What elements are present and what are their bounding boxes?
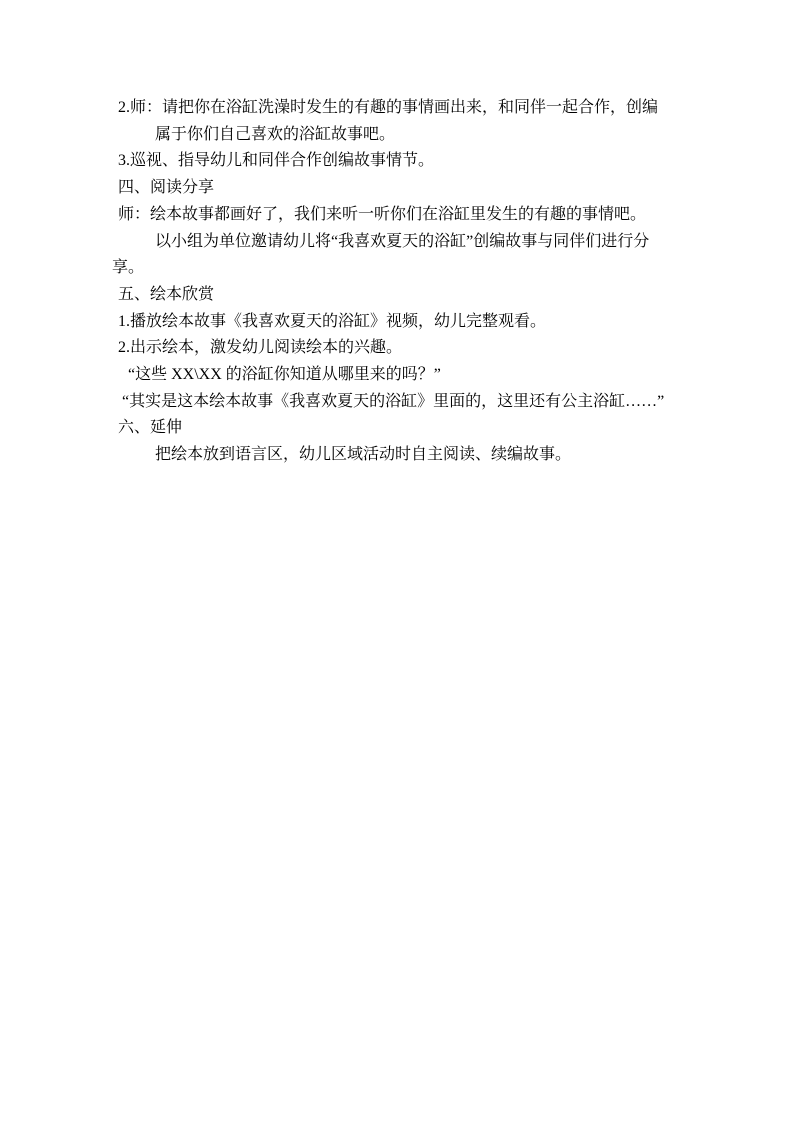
list-item-3-patrol-guide: 3.巡视、指导幼儿和同伴合作创编故事情节。: [112, 148, 702, 175]
section-heading-4-reading-share: 四、阅读分享: [112, 175, 702, 202]
paragraph-group-share-wrap: 享。: [112, 255, 702, 282]
section-heading-6-extension: 六、延伸: [112, 415, 702, 442]
list-item-1-play-video: 1.播放绘本故事《我喜欢夏天的浴缸》视频，幼儿完整观看。: [112, 309, 702, 336]
list-item-2-show-picturebook: 2.出示绘本，激发幼儿阅读绘本的兴趣。: [112, 335, 702, 362]
document-body: 2.师：请把你在浴缸洗澡时发生的有趣的事情画出来，和同伴一起合作，创编 属于你们…: [112, 95, 702, 469]
paragraph-extension-activity: 把绘本放到语言区，幼儿区域活动时自主阅读、续编故事。: [112, 442, 702, 469]
paragraph-group-share: 以小组为单位邀请幼儿将“我喜欢夏天的浴缸”创编故事与同伴们进行分: [112, 229, 702, 256]
list-item-2-teacher-prompt: 2.师：请把你在浴缸洗澡时发生的有趣的事情画出来，和同伴一起合作，创编: [112, 95, 702, 122]
section-heading-5-picturebook-appreciation: 五、绘本欣赏: [112, 282, 702, 309]
teacher-line-story-finished: 师：绘本故事都画好了，我们来听一听你们在浴缸里发生的有趣的事情吧。: [112, 202, 702, 229]
list-item-2-wrap-line: 属于你们自己喜欢的浴缸故事吧。: [112, 122, 702, 149]
quote-line-bathtub-answer: “其实是这本绘本故事《我喜欢夏天的浴缸》里面的，这里还有公主浴缸……”: [112, 389, 702, 416]
document-page: 2.师：请把你在浴缸洗澡时发生的有趣的事情画出来，和同伴一起合作，创编 属于你们…: [0, 0, 794, 1123]
quote-line-bathtub-question: “这些 XX\XX 的浴缸你知道从哪里来的吗？”: [112, 362, 702, 389]
